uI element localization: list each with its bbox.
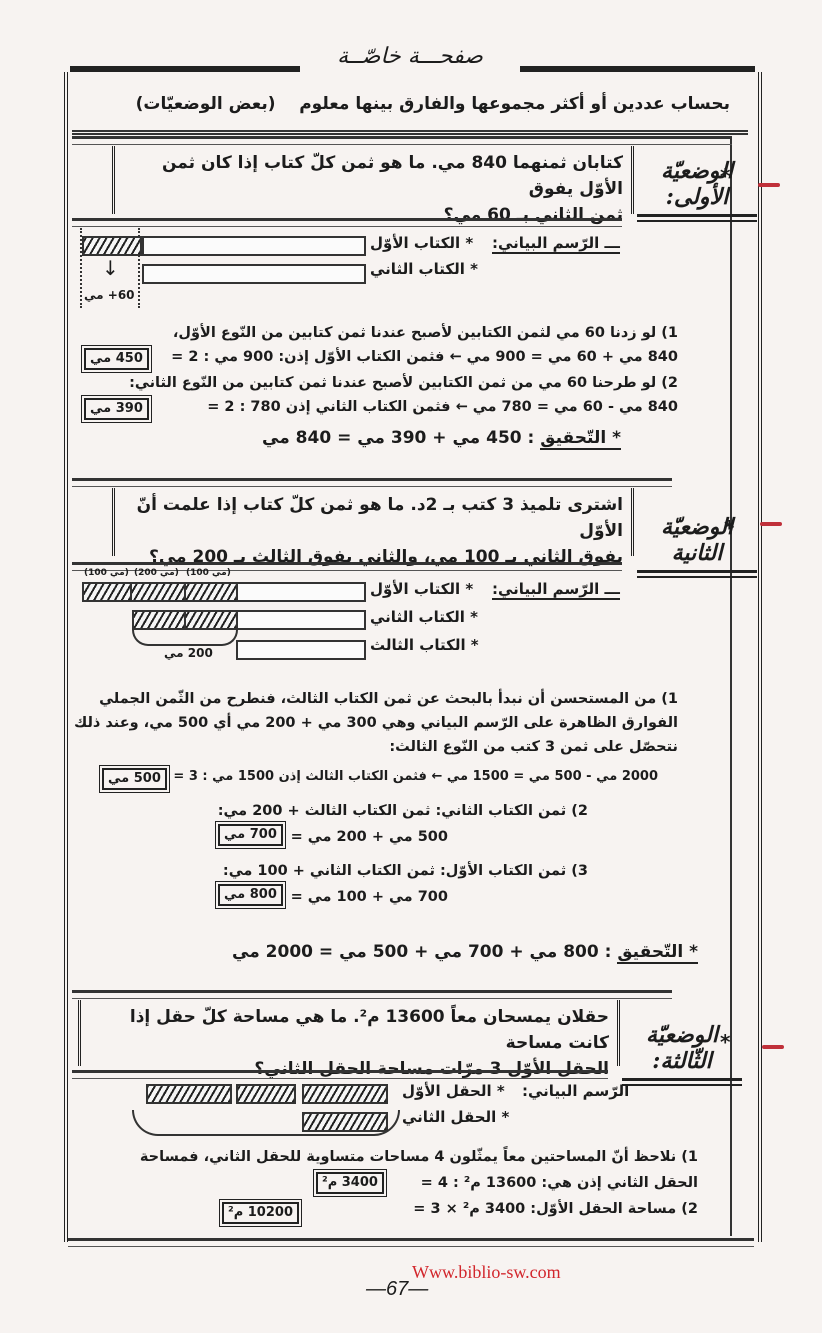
star-icon: * [720, 1030, 730, 1054]
step-line: 3) ثمن الكتاب الأوّل: ثمن الكتاب الثاني … [223, 860, 588, 882]
title-underline [637, 214, 757, 222]
step-line: 2000 مي - 500 مي = 1500 مي ← فثمن الكتاب… [173, 766, 658, 788]
star-icon: * [720, 164, 730, 188]
watermark-link[interactable]: Www.biblio-sw.com [412, 1262, 561, 1283]
margin-mark [760, 522, 782, 526]
difference-label: 60+ مي [84, 288, 135, 302]
step-line: 1) لو زدنا 60 مي لثمن الكتابين لأصبح عند… [173, 322, 678, 344]
diagram-row-label: * الكتاب الثالث [370, 636, 479, 654]
situation-2: اشترى تلميذ 3 كتب بـ 2د. ما هو ثمن كلّ ك… [72, 476, 748, 986]
bar-first-book [236, 582, 366, 602]
answer-box: 700 مي [218, 824, 283, 846]
situation-1: كتابان ثمنهما 840 مي. ما هو ثمن كلّ كتاب… [72, 136, 748, 476]
hatched-segment [132, 610, 186, 630]
step-line: 1) من المستحسن أن نبدأ بالبحث عن ثمن الك… [99, 688, 678, 710]
section-rule [72, 136, 732, 145]
step-line: 2) مساحة الحقل الأوّل: 3400 م² × 3 = [413, 1198, 698, 1220]
statement-line: حقلان يمسحان معاً 13600 م². ما هي مساحة … [89, 1004, 609, 1056]
hatched-segment [184, 610, 238, 630]
margin-mark [762, 1045, 784, 1049]
verification: * التّحقيق : 450 مي + 390 مي = 840 مي [262, 428, 621, 448]
brace [132, 1110, 400, 1136]
section-rule [72, 478, 672, 487]
title-underline [622, 1078, 742, 1086]
bar-first-book [142, 236, 366, 256]
bar-third-book [236, 640, 366, 660]
segment-label: (100 مي) [186, 568, 231, 578]
brace-label: 200 مي [164, 646, 213, 660]
verification-label: * التّحقيق [617, 942, 698, 964]
answer-box: 10200 م² [222, 1202, 299, 1224]
bottom-rule [68, 1238, 754, 1247]
bar-second-book [236, 610, 366, 630]
diagram-title: الرّسم البياني: [522, 1082, 629, 1100]
step-line: 500 مي + 200 مي = [291, 826, 448, 848]
step-line: 840 مي - 60 مي = 780 مي ← فثمن الكتاب ال… [207, 396, 678, 418]
hatched-area [146, 1084, 232, 1104]
step-line: 1) نلاحظ أنّ المساحتين معاً يمثّلون 4 مس… [140, 1146, 698, 1168]
margin-mark [758, 183, 780, 187]
verification-text: : 450 مي + 390 مي = 840 مي [262, 428, 534, 448]
section-rule [72, 218, 622, 227]
hatched-segment [82, 582, 132, 602]
diagram-title: ـــ الرّسم البياني: [492, 234, 620, 254]
answer-box: 390 مي [84, 398, 149, 420]
section-rule [72, 1070, 608, 1079]
diagram-row-label: * الكتاب الأوّل [370, 580, 473, 598]
step-line: 2) لو طرحنا 60 مي من ثمن الكتابين لأصبح … [129, 372, 678, 394]
situation-1-statement: كتابان ثمنهما 840 مي. ما هو ثمن كلّ كتاب… [112, 146, 634, 214]
situation-2-statement: اشترى تلميذ 3 كتب بـ 2د. ما هو ثمن كلّ ك… [112, 488, 634, 556]
header-title: بحساب عددين أو أكثر مجموعها والفارق بينه… [299, 94, 730, 114]
step-line: 700 مي + 100 مي = [291, 886, 448, 908]
verification: * التّحقيق : 800 مي + 700 مي + 500 مي = … [232, 942, 698, 962]
situation-3: حقلان يمسحان معاً 13600 م². ما هي مساحة … [72, 990, 748, 1240]
brace [132, 630, 238, 646]
step-line: 840 مي + 60 مي = 900 مي ← فثمن الكتاب ال… [171, 346, 678, 368]
step-line: الحقل الثاني إذن هي: 13600 م² : 4 = [421, 1172, 698, 1194]
header-text: بحساب عددين أو أكثر مجموعها والفارق بينه… [136, 94, 730, 114]
answer-box: 800 مي [218, 884, 283, 906]
difference-segment [82, 236, 142, 256]
hatched-segment [184, 582, 238, 602]
arrow-down-icon: ↓ [102, 256, 119, 280]
verification-text: : 800 مي + 700 مي + 500 مي = 2000 مي [232, 942, 611, 962]
diagram-row-label: * الكتاب الأوّل [370, 234, 473, 252]
step-line: الفوارق الظاهرة على الرّسم البياني وهي 3… [74, 712, 678, 734]
hatched-segment [130, 582, 186, 602]
bar-second-book [142, 264, 366, 284]
situation-2-title-block: الوضعيّة الثانية [637, 514, 757, 578]
hatched-area [302, 1084, 388, 1104]
statement-line: اشترى تلميذ 3 كتب بـ 2د. ما هو ثمن كلّ ك… [123, 492, 623, 544]
page-title: صفحـــة خاصّــة [260, 44, 560, 69]
answer-box: 500 مي [102, 768, 167, 790]
situation-1-title: الوضعيّة الأولى: [637, 158, 757, 210]
step-line: 2) ثمن الكتاب الثاني: ثمن الكتاب الثالث … [218, 800, 588, 822]
diagram-row-label: * الكتاب الثاني [370, 260, 478, 278]
segment-label: (100 مي) [84, 568, 129, 578]
answer-box: 450 مي [84, 348, 149, 370]
statement-line: كتابان ثمنهما 840 مي. ما هو ثمن كلّ كتاب… [123, 150, 623, 202]
section-rule [72, 990, 672, 999]
answer-box: 3400 م² [316, 1172, 384, 1194]
diagram-title: ـــ الرّسم البياني: [492, 580, 620, 600]
page-number: —67— [366, 1278, 428, 1301]
situation-2-title: الوضعيّة الثانية [637, 514, 757, 566]
verification-label: * التّحقيق [540, 428, 621, 450]
star-icon: * [724, 516, 734, 540]
situation-3-statement: حقلان يمسحان معاً 13600 م². ما هي مساحة … [78, 1000, 620, 1066]
header-tag: (بعض الوضعيّات) [136, 94, 276, 114]
diagram-row-label: * الحقل الثاني [402, 1108, 509, 1126]
title-underline [637, 570, 757, 578]
hatched-area [236, 1084, 296, 1104]
diagram-row-label: * الحقل الأوّل [402, 1082, 505, 1100]
situation-1-title-block: الوضعيّة الأولى: [637, 158, 757, 222]
step-line: نتحصّل على ثمن 3 كتب من النّوع الثالث: [389, 736, 678, 758]
header-box: بحساب عددين أو أكثر مجموعها والفارق بينه… [72, 80, 748, 135]
segment-label: (200 مي) [134, 568, 179, 578]
diagram-row-label: * الكتاب الثاني [370, 608, 478, 626]
